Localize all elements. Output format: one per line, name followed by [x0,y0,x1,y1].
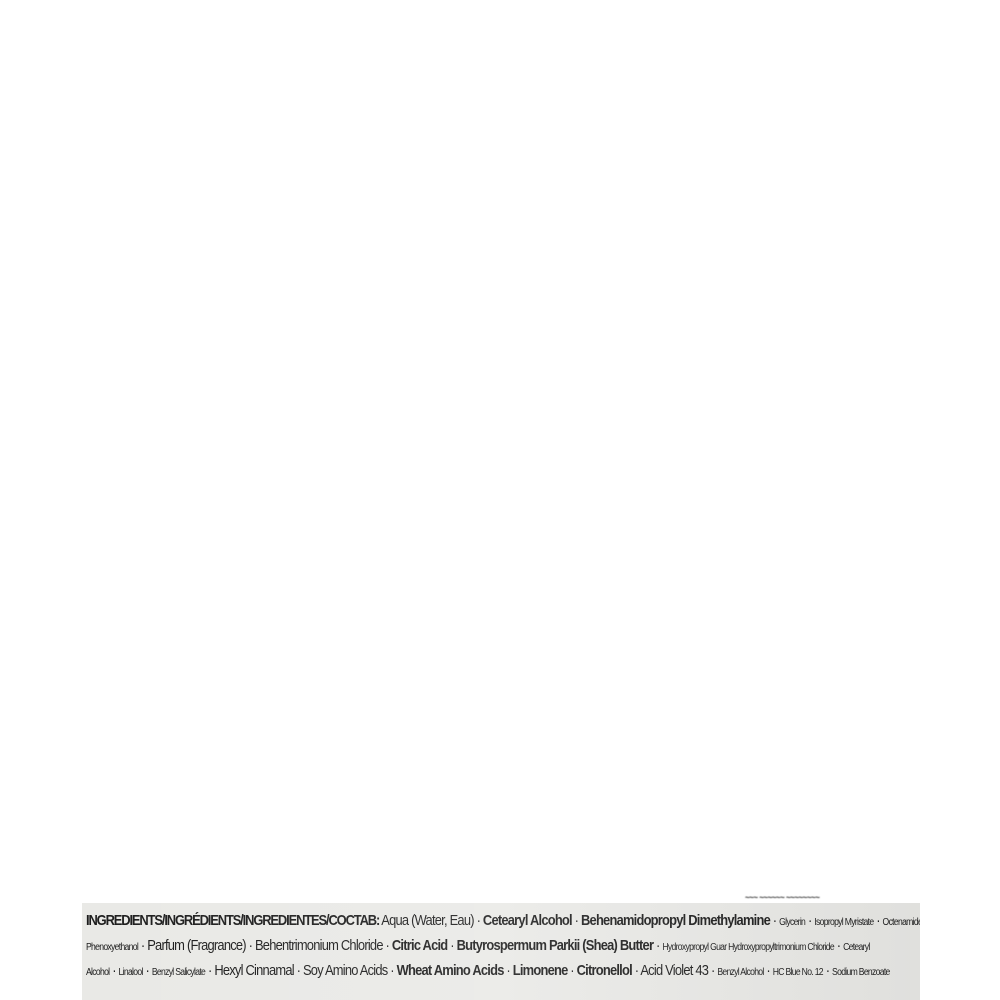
separator: · [567,962,576,979]
separator: · [294,962,303,979]
ingredients-heading: INGREDIENTS/INGRÉDIENTS/INGREDIENTES/COC… [86,912,379,929]
ingredient: Glycerin [779,917,805,928]
separator: · [823,962,832,979]
label-top-fragment-text: ~~~ ~~~~~~ ~~~~~~~~ [745,893,920,903]
ingredient: Butyrospermum Parkii (Shea) Butter [457,937,654,954]
ingredient: Isopropyl Myristate [814,917,873,928]
separator: · [770,912,779,929]
ingredient: Octenamide [883,917,920,928]
separator: · [873,912,882,929]
ingredient: Benzyl Salicylate [152,967,205,978]
ingredient: Benzyl Alcohol [717,967,763,978]
ingredient: Parfum (Fragrance) [147,937,246,954]
separator: · [138,937,147,954]
ingredient: HC Blue No. 12 [773,967,823,978]
product-photo: ~~~ ~~~~~~ ~~~~~~~~ INGREDIENTS/INGRÉDIE… [0,0,1000,1000]
separator: · [109,962,118,979]
separator: · [383,937,392,954]
ingredient: Sodium Benzoate [832,967,890,978]
separator: · [205,962,214,979]
separator: · [632,962,640,979]
separator: · [143,962,152,979]
ingredients-line-1: INGREDIENTS/INGRÉDIENTS/INGREDIENTES/COC… [86,909,920,934]
ingredient: Hydroxypropyl Guar Hydroxypropyltrimoniu… [662,942,834,953]
separator: · [834,937,843,954]
separator: · [504,962,513,979]
ingredient: Soy Amino Acids [303,962,387,979]
ingredients-label: INGREDIENTS/INGRÉDIENTS/INGREDIENTES/COC… [82,903,920,1000]
ingredient: Behentrimonium Chloride [255,937,383,954]
separator: · [708,962,717,979]
ingredients-line-4-cropped: · · · · · · · · · · · · · · · · · · · · … [86,984,920,994]
ingredient: Acid Violet 43 [640,962,708,979]
ingredient: Phenoxyethanol [86,942,138,953]
ingredient: Wheat Amino Acids [397,962,504,979]
ingredient: Citric Acid [392,937,448,954]
ingredient: Hexyl Cinnamal [214,962,293,979]
separator: · [764,962,773,979]
ingredient: Behenamidopropyl Dimethylamine [581,912,770,929]
ingredient: Citronellol [577,962,632,979]
ingredient: Alcohol [86,967,109,978]
ingredient: Limonene [513,962,568,979]
ingredient: Aqua (Water, Eau) [381,912,473,929]
separator: · [474,912,483,929]
ingredient: Cetearyl Alcohol [483,912,572,929]
separator: · [653,937,662,954]
ingredients-line-3: Alcohol · Linalool · Benzyl Salicylate ·… [86,959,920,984]
ingredient: Cetearyl [843,942,870,953]
separator: · [387,962,396,979]
separator: · [447,937,456,954]
ingredient: Linalool [119,967,143,978]
separator: · [805,912,814,929]
separator: · [572,912,581,929]
ingredients-line-2: Phenoxyethanol · Parfum (Fragrance) · Be… [86,934,920,959]
